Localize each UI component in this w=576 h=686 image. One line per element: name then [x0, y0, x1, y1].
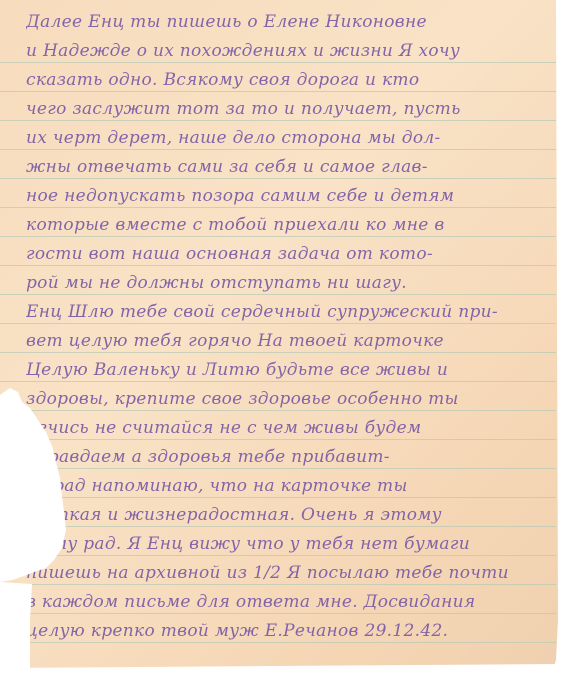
- letter-line: целую крепко твой муж Е.Речанов 29.12.42…: [26, 617, 556, 645]
- letter-line: крепкая и жизнерадостная. Очень я этому: [26, 501, 556, 529]
- letter-line: Целую Валеньку и Литю будьте все живы и: [26, 356, 556, 384]
- letter-line: лечись не считайся не с чем живы будем: [26, 414, 556, 442]
- letter-line: рой мы не должны отступать ни шагу.: [26, 269, 556, 297]
- letter-line: Далее Енц ты пишешь о Елене Никоновне: [26, 8, 556, 36]
- letter-line: здоровы, крепите свое здоровье особенно …: [26, 385, 556, 413]
- letter-line: ся рад напоминаю, что на карточке ты: [26, 472, 556, 500]
- letter-line: тому рад. Я Енц вижу что у тебя нет бума…: [26, 530, 556, 558]
- letter-line: вет целую тебя горячо На твоей карточке: [26, 327, 556, 355]
- letter-line: в каждом письме для ответа мне. Досвидан…: [26, 588, 556, 616]
- letter-line: ное недопускать позора самим себе и детя…: [26, 182, 556, 210]
- letter-line: оправдаем а здоровья тебе прибавит-: [26, 443, 556, 471]
- letter-line: гости вот наша основная задача от кото-: [26, 240, 556, 268]
- letter-line: сказать одно. Всякому своя дорога и кто: [26, 66, 556, 94]
- letter-line: и Надежде о их похождениях и жизни Я хоч…: [26, 37, 556, 65]
- letter-line: их черт дерет, наше дело сторона мы дол-: [26, 124, 556, 152]
- letter-line: жны отвечать сами за себя и самое глав-: [26, 153, 556, 181]
- letter-line: чего заслужит тот за то и получает, пуст…: [26, 95, 556, 123]
- letter-line: пишешь на архивной из 1/2 Я посылаю тебе…: [26, 559, 556, 587]
- letter-line: Енц Шлю тебе свой сердечный супружеский …: [26, 298, 556, 326]
- letter-line: которые вместе с тобой приехали ко мне в: [26, 211, 556, 239]
